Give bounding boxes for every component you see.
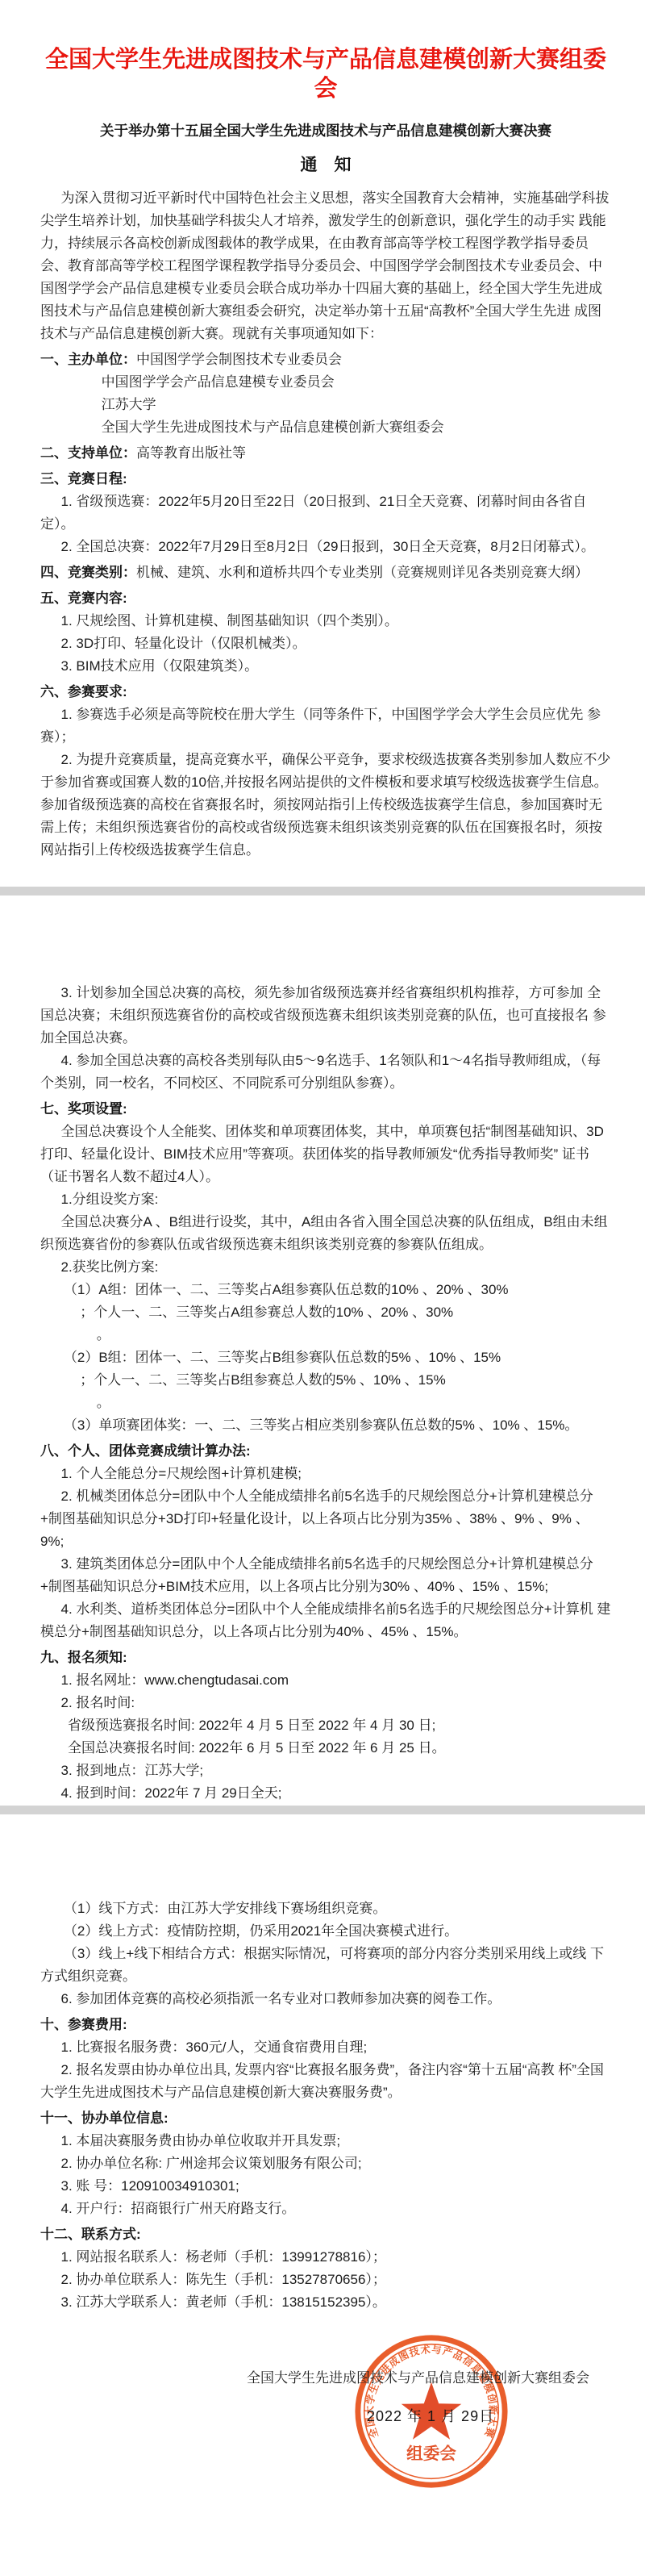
registration-time-provincial: 省级预选赛报名时间: 2022年 4 月 5 日至 2022 年 4 月 30 … [40, 1714, 611, 1737]
doc-subtitle: 关于举办第十五届全国大学生先进成图技术与产品信息建模创新大赛决赛 [40, 121, 611, 140]
coorganizer-bank: 4. 开户行：招商银行广州天府路支行。 [40, 2198, 611, 2220]
section-content-label: 五、竞赛内容: [40, 591, 127, 606]
section-awards: 七、奖项设置: [40, 1098, 611, 1121]
section-registration-label: 九、报名须知: [40, 1650, 127, 1665]
section-coorganizer: 十一、协办单位信息: [40, 2107, 611, 2130]
award-ratio-single-event: （3）单项赛团体奖：一、二、三等奖占相应类别参赛队伍总数的5% 、10% 、15… [40, 1414, 611, 1437]
final-mode-online: （2）线上方式：疫情防控期，仍采用2021年全国决赛模式进行。 [40, 1920, 611, 1943]
awards-ratio-subtitle: 2.获奖比例方案: [40, 1256, 611, 1279]
notice-heading: 通 知 [40, 153, 611, 177]
section-support-units: 二、支持单位：高等教育出版社等 [40, 442, 611, 465]
signature-org: 全国大学生先进成图技术与产品信息建模创新大赛组委会 [247, 2366, 589, 2386]
host-unit-item: 全国大学生先进成图技术与产品信息建模创新大赛组委会 [40, 416, 611, 439]
page-2: 3. 计划参加全国总决赛的高校，须先参加省级预选赛并经省赛组织机构推荐，方可参加… [0, 896, 645, 1806]
content-item: 3. BIM技术应用（仅限建筑类）。 [40, 655, 611, 678]
contact-item: 2. 协办单位联系人：陈先生（手机：13527870656）； [40, 2269, 611, 2291]
section-host-units-label: 一、主办单位： [40, 352, 136, 367]
content-item: 1. 尺规绘图、计算机建模、制图基础知识（四个类别）。 [40, 610, 611, 633]
final-mode-note: 5. 全国总决赛采取下列一种方式组织实施，具体方式将结合全国疫情防控形势，待确定… [40, 1805, 611, 1806]
checkin-time: 4. 报到时间：2022年 7 月 29日全天; [40, 1782, 611, 1805]
final-mode-hybrid: （3）线上+线下相结合方式：根据实际情况，可将赛项的部分内容分类别采用线上或线 … [40, 1943, 611, 1988]
awards-paragraph: 全国总决赛设个人全能奖、团体奖和单项赛团体奖，其中，单项赛包括“制图基础知识、3… [40, 1121, 611, 1188]
section-categories: 四、竞赛类别：机械、建筑、水利和道桥共四个专业类别（竞赛规则详见各类别竞赛大纲） [40, 562, 611, 584]
categories-text: 机械、建筑、水利和道桥共四个专业类别（竞赛规则详见各类别竞赛大纲） [136, 565, 589, 580]
scoring-item: 1. 个人全能总分=尺规绘图+计算机建模; [40, 1463, 611, 1485]
section-coorganizer-label: 十一、协办单位信息: [40, 2110, 169, 2126]
contact-item: 1. 网站报名联系人：杨老师（手机：13991278816）； [40, 2246, 611, 2269]
scoring-item: 2. 机械类团体总分=团队中个人全能成绩排名前5名选手的尺规绘图总分+计算机建模… [40, 1485, 611, 1553]
award-ratio-groupA-individual: ；个人一、二、三等奖占A组参赛总人数的10% 、20% 、30% [40, 1301, 611, 1324]
seal-bottom-text: 组委会 [406, 2444, 456, 2463]
section-categories-label: 四、竞赛类别： [40, 565, 136, 580]
section-content: 五、竞赛内容: [40, 587, 611, 610]
schedule-item: 2. 全国总决赛：2022年7月29日至8月2日（29日报到，30日全天竞赛，8… [40, 536, 611, 558]
host-unit-item: 中国图学学会产品信息建模专业委员会 [40, 371, 611, 394]
award-ratio-groupB-individual: ；个人一、二、三等奖占B组参赛总人数的5% 、10% 、15% [40, 1369, 611, 1392]
requirement-item: 3. 计划参加全国总决赛的高校，须先参加省级预选赛并经省赛组织机构推荐，方可参加… [40, 982, 611, 1050]
grading-teacher-note: 6. 参加团体竞赛的高校必须指派一名专业对口教师参加决赛的阅卷工作。 [40, 1988, 611, 2010]
doc-title: 全国大学生先进成图技术与产品信息建模创新大赛组委会 [40, 45, 611, 103]
section-requirements: 六、参赛要求: [40, 681, 611, 703]
section-support-units-label: 二、支持单位： [40, 445, 136, 461]
fee-item: 1. 比赛报名服务费：360元/人，交通食宿费用自理; [40, 2036, 611, 2059]
awards-grouping-subtitle: 1.分组设奖方案: [40, 1188, 611, 1211]
checkin-location: 3. 报到地点：江苏大学; [40, 1760, 611, 1782]
award-ratio-groupB: （2）B组：团体一、二、三等奖占B组参赛队伍总数的5% 、10% 、15% [40, 1346, 611, 1369]
award-ratio-groupA-period: 。 [40, 1324, 611, 1346]
coorganizer-account-number: 3. 账 号：120910034910301; [40, 2175, 611, 2198]
section-registration: 九、报名须知: [40, 1647, 611, 1669]
section-scoring-label: 八、个人、团体竞赛成绩计算办法: [40, 1443, 251, 1459]
section-schedule: 三、竞赛日程: [40, 468, 611, 491]
registration-time-label: 2. 报名时间: [40, 1692, 611, 1714]
coorganizer-item: 1. 本届决赛服务费由协办单位收取并开具发票; [40, 2130, 611, 2152]
section-fees-label: 十、参赛费用: [40, 2017, 127, 2032]
awards-grouping-paragraph: 全国总决赛分A 、B组进行设奖，其中，A组由各省入围全国总决赛的队伍组成，B组由… [40, 1211, 611, 1256]
contact-item: 3. 江苏大学联系人：黄老师（手机：13815152395）。 [40, 2291, 611, 2314]
section-contacts: 十二、联系方式: [40, 2223, 611, 2246]
requirement-item: 1. 参赛选手必须是高等院校在册大学生（同等条件下，中国图学学会大学生会员应优先… [40, 703, 611, 749]
section-contacts-label: 十二、联系方式: [40, 2227, 141, 2242]
signature-date: 2022 年 1 月 29日 [367, 2405, 494, 2426]
page-separator [0, 1806, 645, 1814]
page-3: （1）线下方式：由江苏大学安排线下赛场组织竞赛。 （2）线上方式：疫情防控期，仍… [0, 1814, 645, 2576]
award-ratio-groupB-period: 。 [40, 1392, 611, 1414]
requirement-item: 4. 参加全国总决赛的高校各类别每队由5～9名选手、1名领队和1～4名指导教师组… [40, 1050, 611, 1095]
host-unit-item: 江苏大学 [40, 394, 611, 416]
support-unit-text: 高等教育出版社等 [136, 445, 246, 461]
schedule-item: 1. 省级预选赛：2022年5月20日至22日（20日报到、21日全天竞赛、闭幕… [40, 491, 611, 536]
intro-paragraph: 为深入贯彻习近平新时代中国特色社会主义思想，落实全国教育大会精神，实施基础学科拔… [40, 187, 611, 345]
section-awards-label: 七、奖项设置: [40, 1101, 127, 1117]
section-scoring: 八、个人、团体竞赛成绩计算办法: [40, 1440, 611, 1463]
fee-item: 2. 报名发票由协办单位出具, 发票内容“比赛报名服务费”，备注内容“第十五届“… [40, 2059, 611, 2104]
page-1: 全国大学生先进成图技术与产品信息建模创新大赛组委会 关于举办第十五届全国大学生先… [0, 0, 645, 887]
coorganizer-item: 2. 协办单位名称: 广州途邦会议策划服务有限公司; [40, 2152, 611, 2175]
scoring-item: 4. 水利类、道桥类团体总分=团队中个人全能成绩排名前5名选手的尺规绘图总分+计… [40, 1598, 611, 1643]
registration-time-national: 全国总决赛报名时间: 2022年 6 月 5 日至 2022 年 6 月 25 … [40, 1737, 611, 1760]
section-requirements-label: 六、参赛要求: [40, 684, 127, 699]
final-mode-offline: （1）线下方式：由江苏大学安排线下赛场组织竞赛。 [40, 1898, 611, 1920]
section-fees: 十、参赛费用: [40, 2014, 611, 2036]
registration-url: 1. 报名网址：www.chengtudasai.com [40, 1669, 611, 1692]
section-schedule-label: 三、竞赛日程: [40, 471, 127, 486]
content-item: 2. 3D打印、轻量化设计（仅限机械类）。 [40, 633, 611, 655]
award-ratio-groupA: （1）A组：团体一、二、三等奖占A组参赛队伍总数的10% 、20% 、30% [40, 1279, 611, 1301]
section-host-units: 一、主办单位：中国图学学会制图技术专业委员会 [40, 349, 611, 371]
host-unit-item: 中国图学学会制图技术专业委员会 [136, 352, 342, 367]
scoring-item: 3. 建筑类团体总分=团队中个人全能成绩排名前5名选手的尺规绘图总分+计算机建模… [40, 1553, 611, 1598]
requirement-item: 2. 为提升竞赛质量，提高竞赛水平，确保公平竞争，要求校级选拔赛各类别参加人数应… [40, 749, 611, 862]
page-separator [0, 887, 645, 896]
